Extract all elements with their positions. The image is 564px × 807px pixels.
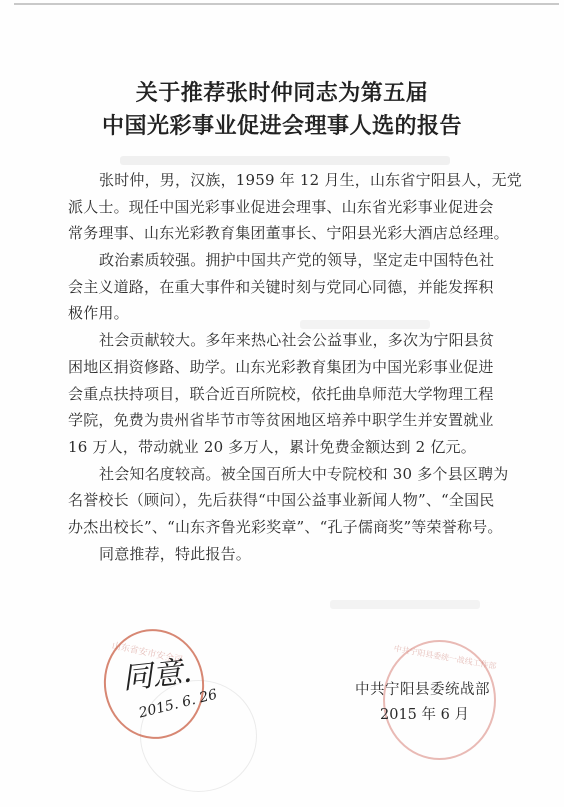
body-line: 办杰出校长”、“山东齐鲁光彩奖章”、“孔子儒商奖”等荣誉称号。: [68, 514, 508, 541]
body-line: 会主义道路，在重大事件和关键时刻与党同心同德，并能发挥积: [68, 274, 508, 301]
body-line: 困地区捐资修路、助学。山东光彩教育集团为中国光彩事业促进: [68, 354, 508, 381]
bleed-through-text: [330, 600, 480, 609]
body-line: 16 万人，带动就业 20 多万人，累计免费金额达到 2 亿元。: [68, 434, 508, 461]
document-body: 张时仲，男，汉族，1959 年 12 月生，山东省宁阳县人，无党 派人士。现任中…: [68, 167, 508, 567]
body-line: 学院，免费为贵州省毕节市等贫困地区培养中职学生并安置就业: [68, 407, 508, 434]
bleed-through-text: [120, 156, 450, 165]
body-line: 社会知名度较高。被全国百所大中专院校和 30 多个县区聘为: [68, 461, 508, 488]
paper-top-edge: [14, 3, 559, 5]
body-line: 张时仲，男，汉族，1959 年 12 月生，山东省宁阳县人，无党: [68, 167, 508, 194]
body-line: 名誉校长（顾问），先后获得“中国公益事业新闻人物”、“全国民: [68, 487, 508, 514]
handwritten-approval: 同意.: [120, 646, 194, 697]
red-seal-right: 中共宁阳县委统一战线工作部: [383, 640, 496, 760]
title-line-1: 关于推荐张时仲同志为第五届: [0, 77, 564, 110]
body-line: 同意推荐，特此报告。: [68, 541, 508, 568]
seal-text: 中共宁阳县委统一战线工作部: [393, 643, 497, 672]
body-line: 社会贡献较大。多年来热心社会公益事业，多次为宁阳县贫: [68, 327, 508, 354]
body-line: 政治素质较强。拥护中国共产党的领导，坚定走中国特色社: [68, 247, 508, 274]
document-title: 关于推荐张时仲同志为第五届 中国光彩事业促进会理事人选的报告: [0, 77, 564, 143]
scanned-document-page: 关于推荐张时仲同志为第五届 中国光彩事业促进会理事人选的报告 张时仲，男，汉族，…: [0, 0, 564, 807]
issuing-organization: 中共宁阳县委统战部: [355, 678, 490, 699]
body-line: 极作用。: [68, 300, 508, 327]
body-line: 派人士。现任中国光彩事业促进会理事、山东省光彩事业促进会: [68, 194, 508, 221]
body-line: 常务理事、山东光彩教育集团董事长、宁阳县光彩大酒店总经理。: [68, 220, 508, 247]
title-line-2: 中国光彩事业促进会理事人选的报告: [0, 110, 564, 143]
body-line: 会重点扶持项目，联合近百所院校，依托曲阜师范大学物理工程: [68, 381, 508, 408]
issue-date: 2015 年 6 月: [380, 703, 469, 724]
